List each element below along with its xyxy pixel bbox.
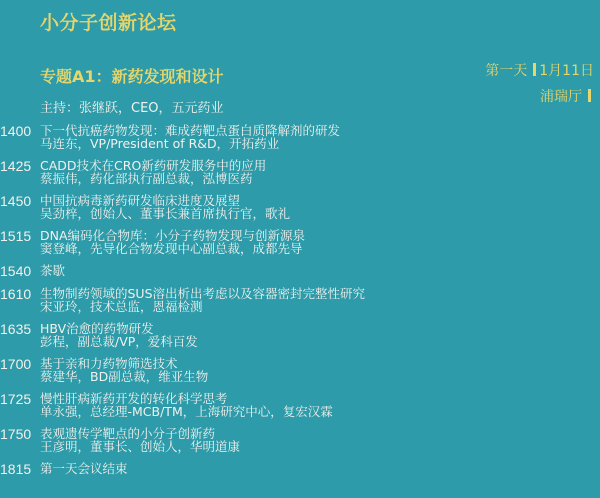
agenda-item: 1515DNA编码化合物库：小分子药物发现与创新源泉窦登峰，先导化合物发现中心副…: [0, 229, 600, 255]
agenda-item: 1725慢性肝病新药开发的转化科学思考单永强，总经理-MCB/TM，上海研究中心…: [0, 392, 600, 418]
day-date-line: 第一天1月11日: [485, 58, 594, 84]
agenda-item: 1540茶歇: [0, 264, 600, 278]
forum-title: 小分子创新论坛: [40, 8, 177, 35]
venue-label: 浦瑞厅: [540, 89, 582, 105]
session-title: 专题A1：新药发现和设计: [40, 64, 224, 87]
agenda-speaker: 窦登峰，先导化合物发现中心副总裁，成都先导: [40, 242, 305, 255]
agenda-speaker: 王彦明，董事长、创始人，华明道康: [40, 440, 240, 453]
agenda-speaker: 马连东，VP/President of R&D，开拓药业: [40, 137, 340, 150]
agenda-speaker: 宋亚玲，技术总监，恩福检测: [40, 300, 365, 313]
agenda-time: 1815: [0, 462, 40, 476]
agenda-time: 1450: [0, 194, 40, 220]
agenda-item: 1450中国抗病毒新药研发临床进度及展望吴劲梓，创始人、董事长兼首席执行官，歌礼: [0, 194, 600, 220]
agenda-speaker: 单永强，总经理-MCB/TM，上海研究中心，复宏汉霖: [40, 405, 333, 418]
agenda-time: 1635: [0, 322, 40, 348]
agenda-topic: 第一天会议结束: [40, 462, 128, 475]
divider-bar-icon: [588, 89, 591, 102]
agenda-time: 1515: [0, 229, 40, 255]
day-label: 第一天: [485, 63, 527, 79]
agenda-item: 1700基于亲和力药物筛选技术蔡建华，BD副总裁，维亚生物: [0, 357, 600, 383]
agenda-time: 1750: [0, 427, 40, 453]
session-host: 主持：张继跃，CEO，五元药业: [40, 97, 224, 116]
agenda-time: 1425: [0, 159, 40, 185]
agenda-time: 1400: [0, 124, 40, 150]
agenda-item: 1425CADD技术在CRO新药研发服务中的应用蔡振伟，药化部执行副总裁，泓博医…: [0, 159, 600, 185]
agenda-item: 1750表观遗传学靶点的小分子创新药王彦明，董事长、创始人，华明道康: [0, 427, 600, 453]
agenda-time: 1540: [0, 264, 40, 278]
agenda-speaker: 吴劲梓，创始人、董事长兼首席执行官，歌礼: [40, 207, 290, 220]
agenda-time: 1725: [0, 392, 40, 418]
agenda-speaker: 蔡振伟，药化部执行副总裁，泓博医药: [40, 172, 266, 185]
agenda-item: 1400下一代抗癌药物发现：难成药靶点蛋白质降解剂的研发马连东，VP/Presi…: [0, 124, 600, 150]
venue-line: 浦瑞厅: [485, 84, 594, 110]
agenda-speaker: 彭程，副总裁/VP，爱科百发: [40, 335, 198, 348]
agenda-time: 1610: [0, 287, 40, 313]
agenda-topic: 茶歇: [40, 264, 65, 277]
agenda-item: 1635HBV治愈的药物研发彭程，副总裁/VP，爱科百发: [0, 322, 600, 348]
agenda-item: 1815第一天会议结束: [0, 462, 600, 476]
agenda-speaker: 蔡建华，BD副总裁，维亚生物: [40, 370, 208, 383]
agenda-time: 1700: [0, 357, 40, 383]
date-label: 1月11日: [539, 63, 594, 79]
agenda-item: 1610生物制药领域的SUS溶出析出考虑以及容器密封完整性研究宋亚玲，技术总监，…: [0, 287, 600, 313]
divider-bar-icon: [533, 63, 536, 76]
agenda-list: 1400下一代抗癌药物发现：难成药靶点蛋白质降解剂的研发马连东，VP/Presi…: [0, 124, 600, 485]
day-info: 第一天1月11日 浦瑞厅: [485, 58, 594, 110]
